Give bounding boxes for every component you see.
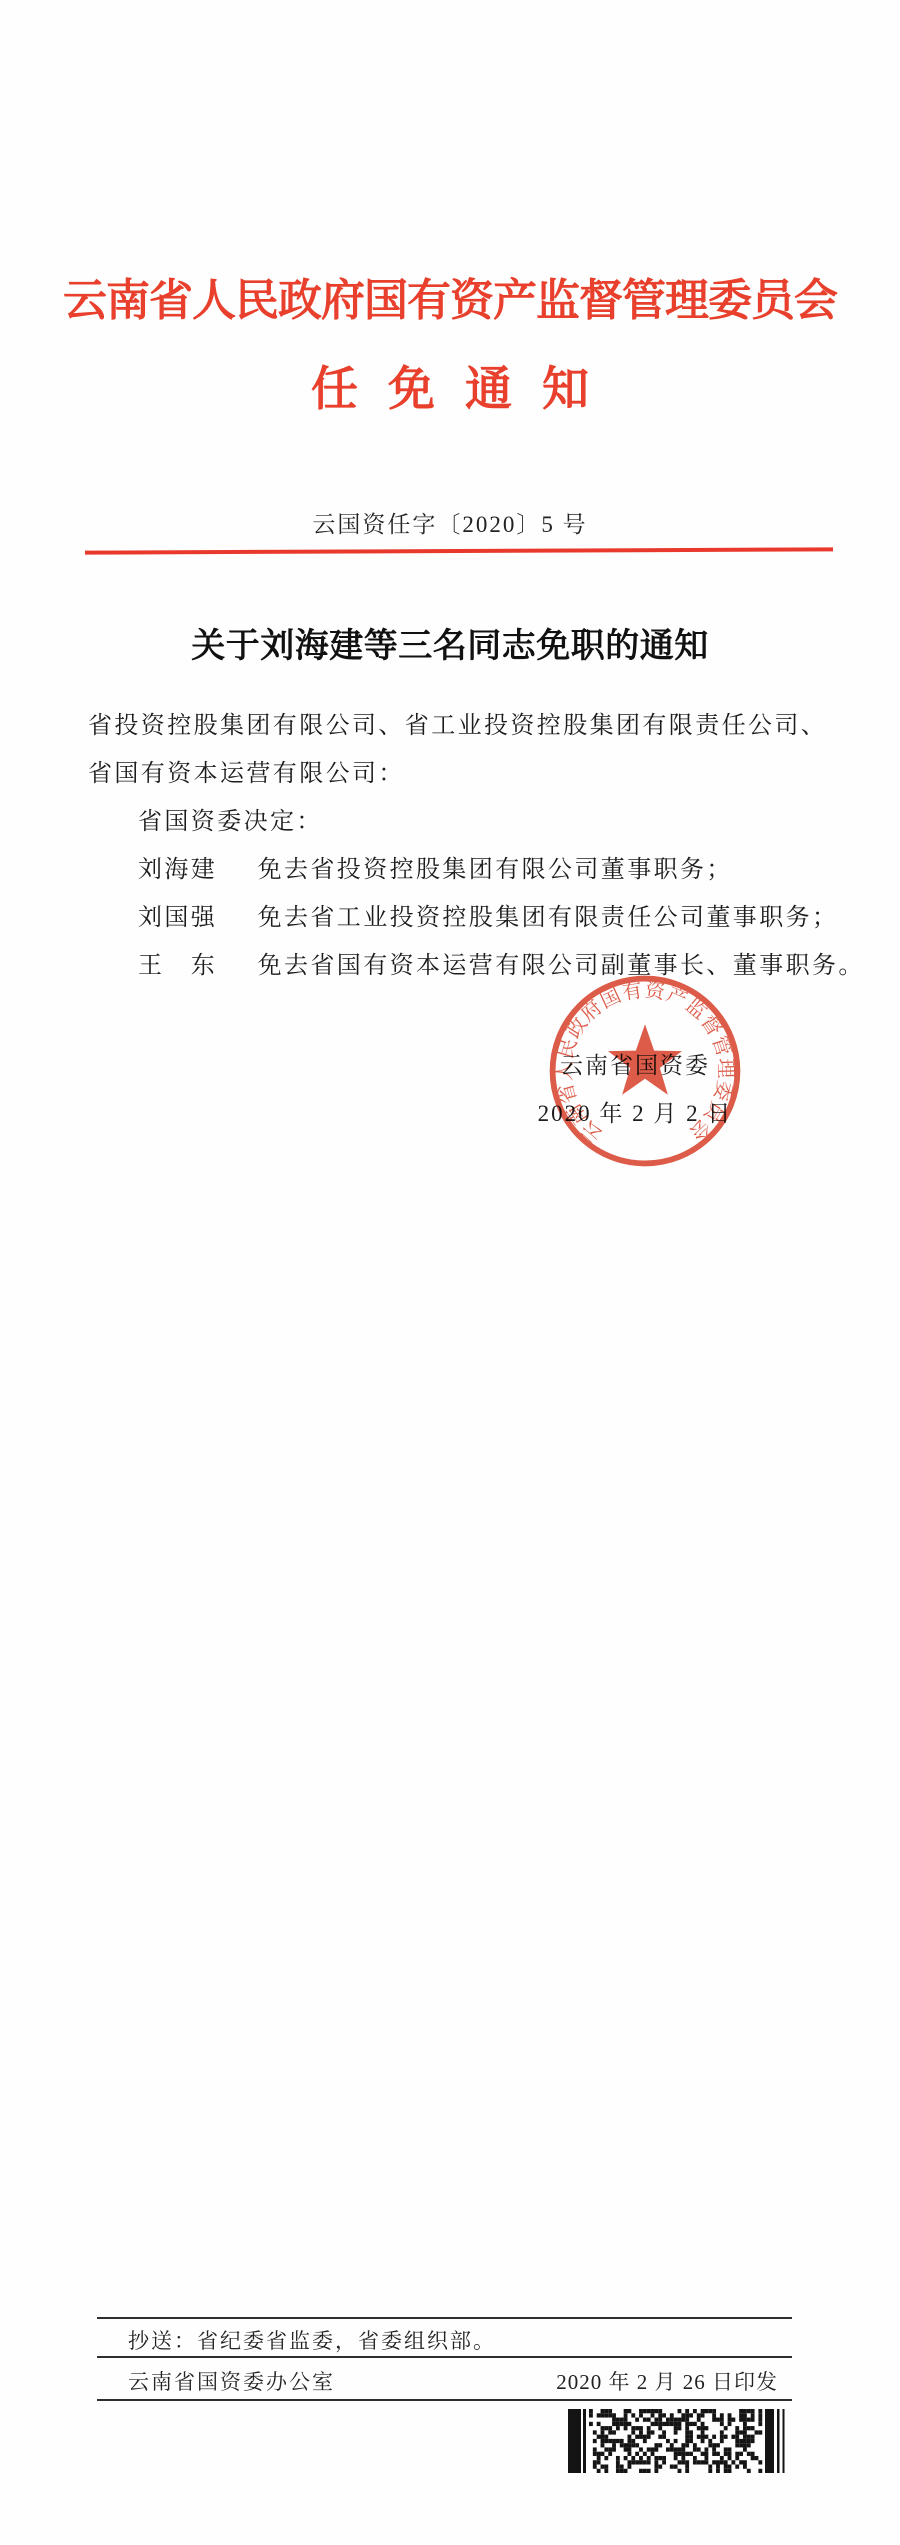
doc-number: 云国资任字〔2020〕5 号 xyxy=(0,506,900,539)
decision-intro: 省国资委决定： xyxy=(88,798,846,846)
letterhead-red-rule xyxy=(85,547,833,554)
footer-rule-top xyxy=(97,2317,792,2319)
barcode-svg xyxy=(568,2409,788,2473)
letterhead-doc-type: 任免通知 xyxy=(0,352,900,419)
doc-title: 关于刘海建等三名同志免职的通知 xyxy=(0,618,900,667)
signature-org: 云南省国资委 xyxy=(460,1042,810,1090)
person-action: 免去省工业投资控股集团有限责任公司董事职务； xyxy=(258,905,839,931)
person-name: 刘国强 xyxy=(138,894,217,942)
cc-line: 抄送：省纪委省监委，省委组织部。 xyxy=(128,2325,496,2355)
doc-body: 省投资控股集团有限公司、省工业投资控股集团有限责任公司、 省国有资本运营有限公司… xyxy=(88,702,846,990)
footer-rule-middle xyxy=(97,2356,792,2358)
decision-item: 刘海建 免去省投资控股集团有限公司董事职务； xyxy=(88,846,846,894)
print-date: 2020 年 2 月 26 日印发 xyxy=(556,2366,778,2396)
person-action: 免去省国有资本运营有限公司副董事长、董事职务。 xyxy=(258,953,865,979)
footer-rule-bottom xyxy=(97,2399,792,2401)
recipients-line-2: 省国有资本运营有限公司： xyxy=(88,750,846,798)
decision-item: 刘国强 免去省工业投资控股集团有限责任公司董事职务； xyxy=(88,894,846,942)
issuing-office: 云南省国资委办公室 xyxy=(128,2366,335,2396)
signature-block: 云南省国资委 2020 年 2 月 2 日 xyxy=(460,1042,810,1138)
signature-date: 2020 年 2 月 2 日 xyxy=(460,1090,810,1138)
person-name: 王 东 xyxy=(138,942,217,990)
letterhead-org-name: 云南省人民政府国有资产监督管理委员会 xyxy=(0,264,900,328)
person-action: 免去省投资控股集团有限公司董事职务； xyxy=(258,857,733,883)
document-page: 云南省人民政府国有资产监督管理委员会 任免通知 云国资任字〔2020〕5 号 关… xyxy=(0,0,900,2545)
barcode xyxy=(568,2409,788,2473)
person-name: 刘海建 xyxy=(138,846,217,894)
decision-item: 王 东 免去省国有资本运营有限公司副董事长、董事职务。 xyxy=(88,942,846,990)
recipients-line-1: 省投资控股集团有限公司、省工业投资控股集团有限责任公司、 xyxy=(88,702,846,750)
